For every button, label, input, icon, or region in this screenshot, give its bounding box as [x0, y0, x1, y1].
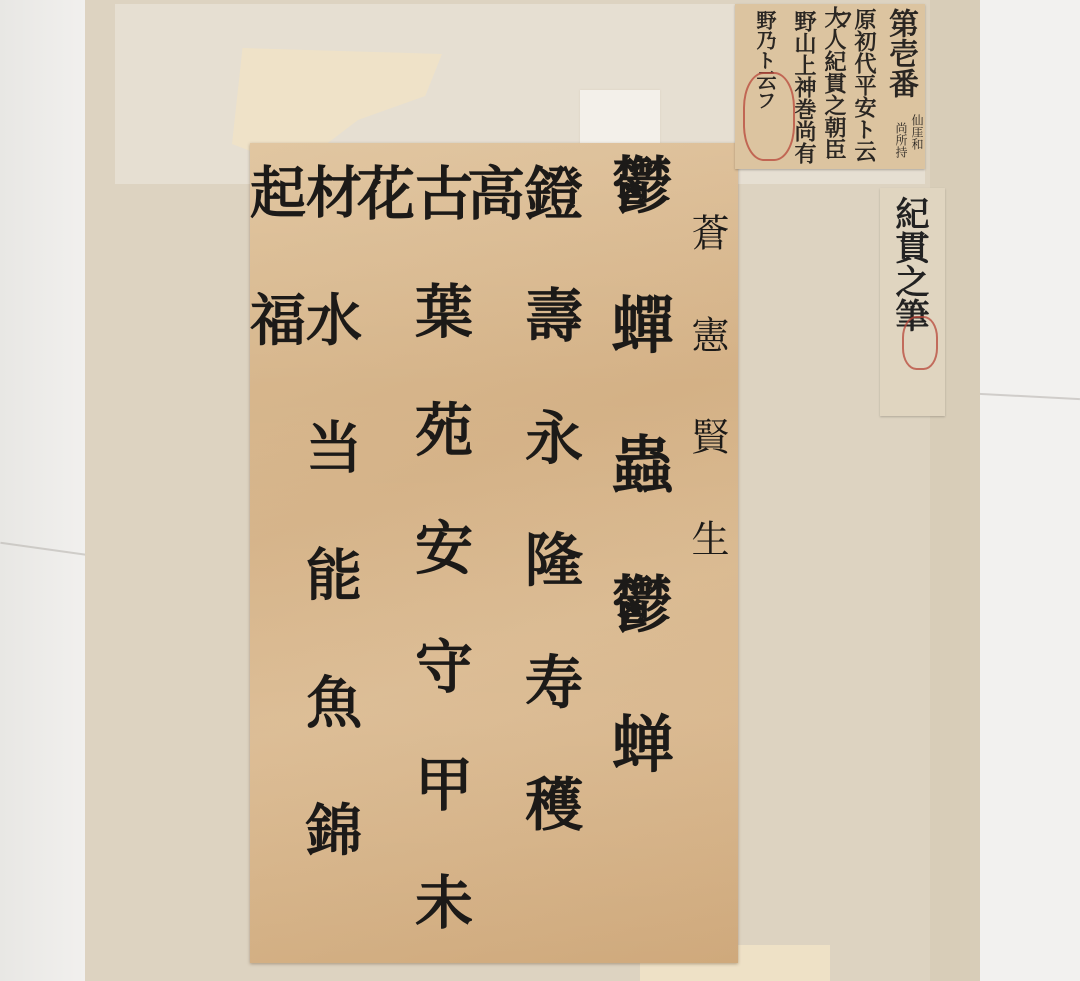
- label-note-1: 仙厓和: [911, 114, 923, 150]
- attribution-label: 第壱番 原初代平安ト云フ 大人紀貫之朝臣 野山上神巻尚有 野乃ト云フ 仙厓和 尚…: [735, 4, 925, 169]
- calligraphy-column-5: 材 水 当 能 魚 錦 起 福: [246, 163, 358, 963]
- side-label: 紀貫之筆: [880, 188, 945, 416]
- calligraphy-column-3: 鐙 壽 永 隆 寿 穫 高: [462, 163, 578, 963]
- label-line-1: 第壱番: [885, 8, 915, 98]
- side-label-text: 紀貫之筆: [892, 196, 926, 332]
- red-seal-stamp: [902, 316, 938, 370]
- label-note-2: 尚所持: [895, 122, 907, 158]
- calligraphy-sheet: 蒼 憲 賢 生 鬱 蟬 蟲 鬱 蝉 鐙 壽 永 隆 寿 穫 高 古 葉 苑 安 …: [250, 143, 738, 963]
- calligraphy-column-1: 蒼 憲 賢 生: [688, 213, 726, 583]
- mounting-board-edge: [930, 0, 980, 981]
- calligraphy-column-2: 鬱 蟬 蟲 鬱 蝉: [606, 153, 668, 801]
- red-seal-stamp: [743, 72, 795, 161]
- label-line-4: 野山上神巻尚有: [793, 10, 815, 164]
- paper-scrap: [580, 90, 660, 145]
- label-line-3: 大人紀貫之朝臣: [823, 6, 845, 160]
- wall-right: [975, 0, 1080, 981]
- calligraphy-column-4: 古 葉 苑 安 守 甲 未 花: [352, 163, 468, 963]
